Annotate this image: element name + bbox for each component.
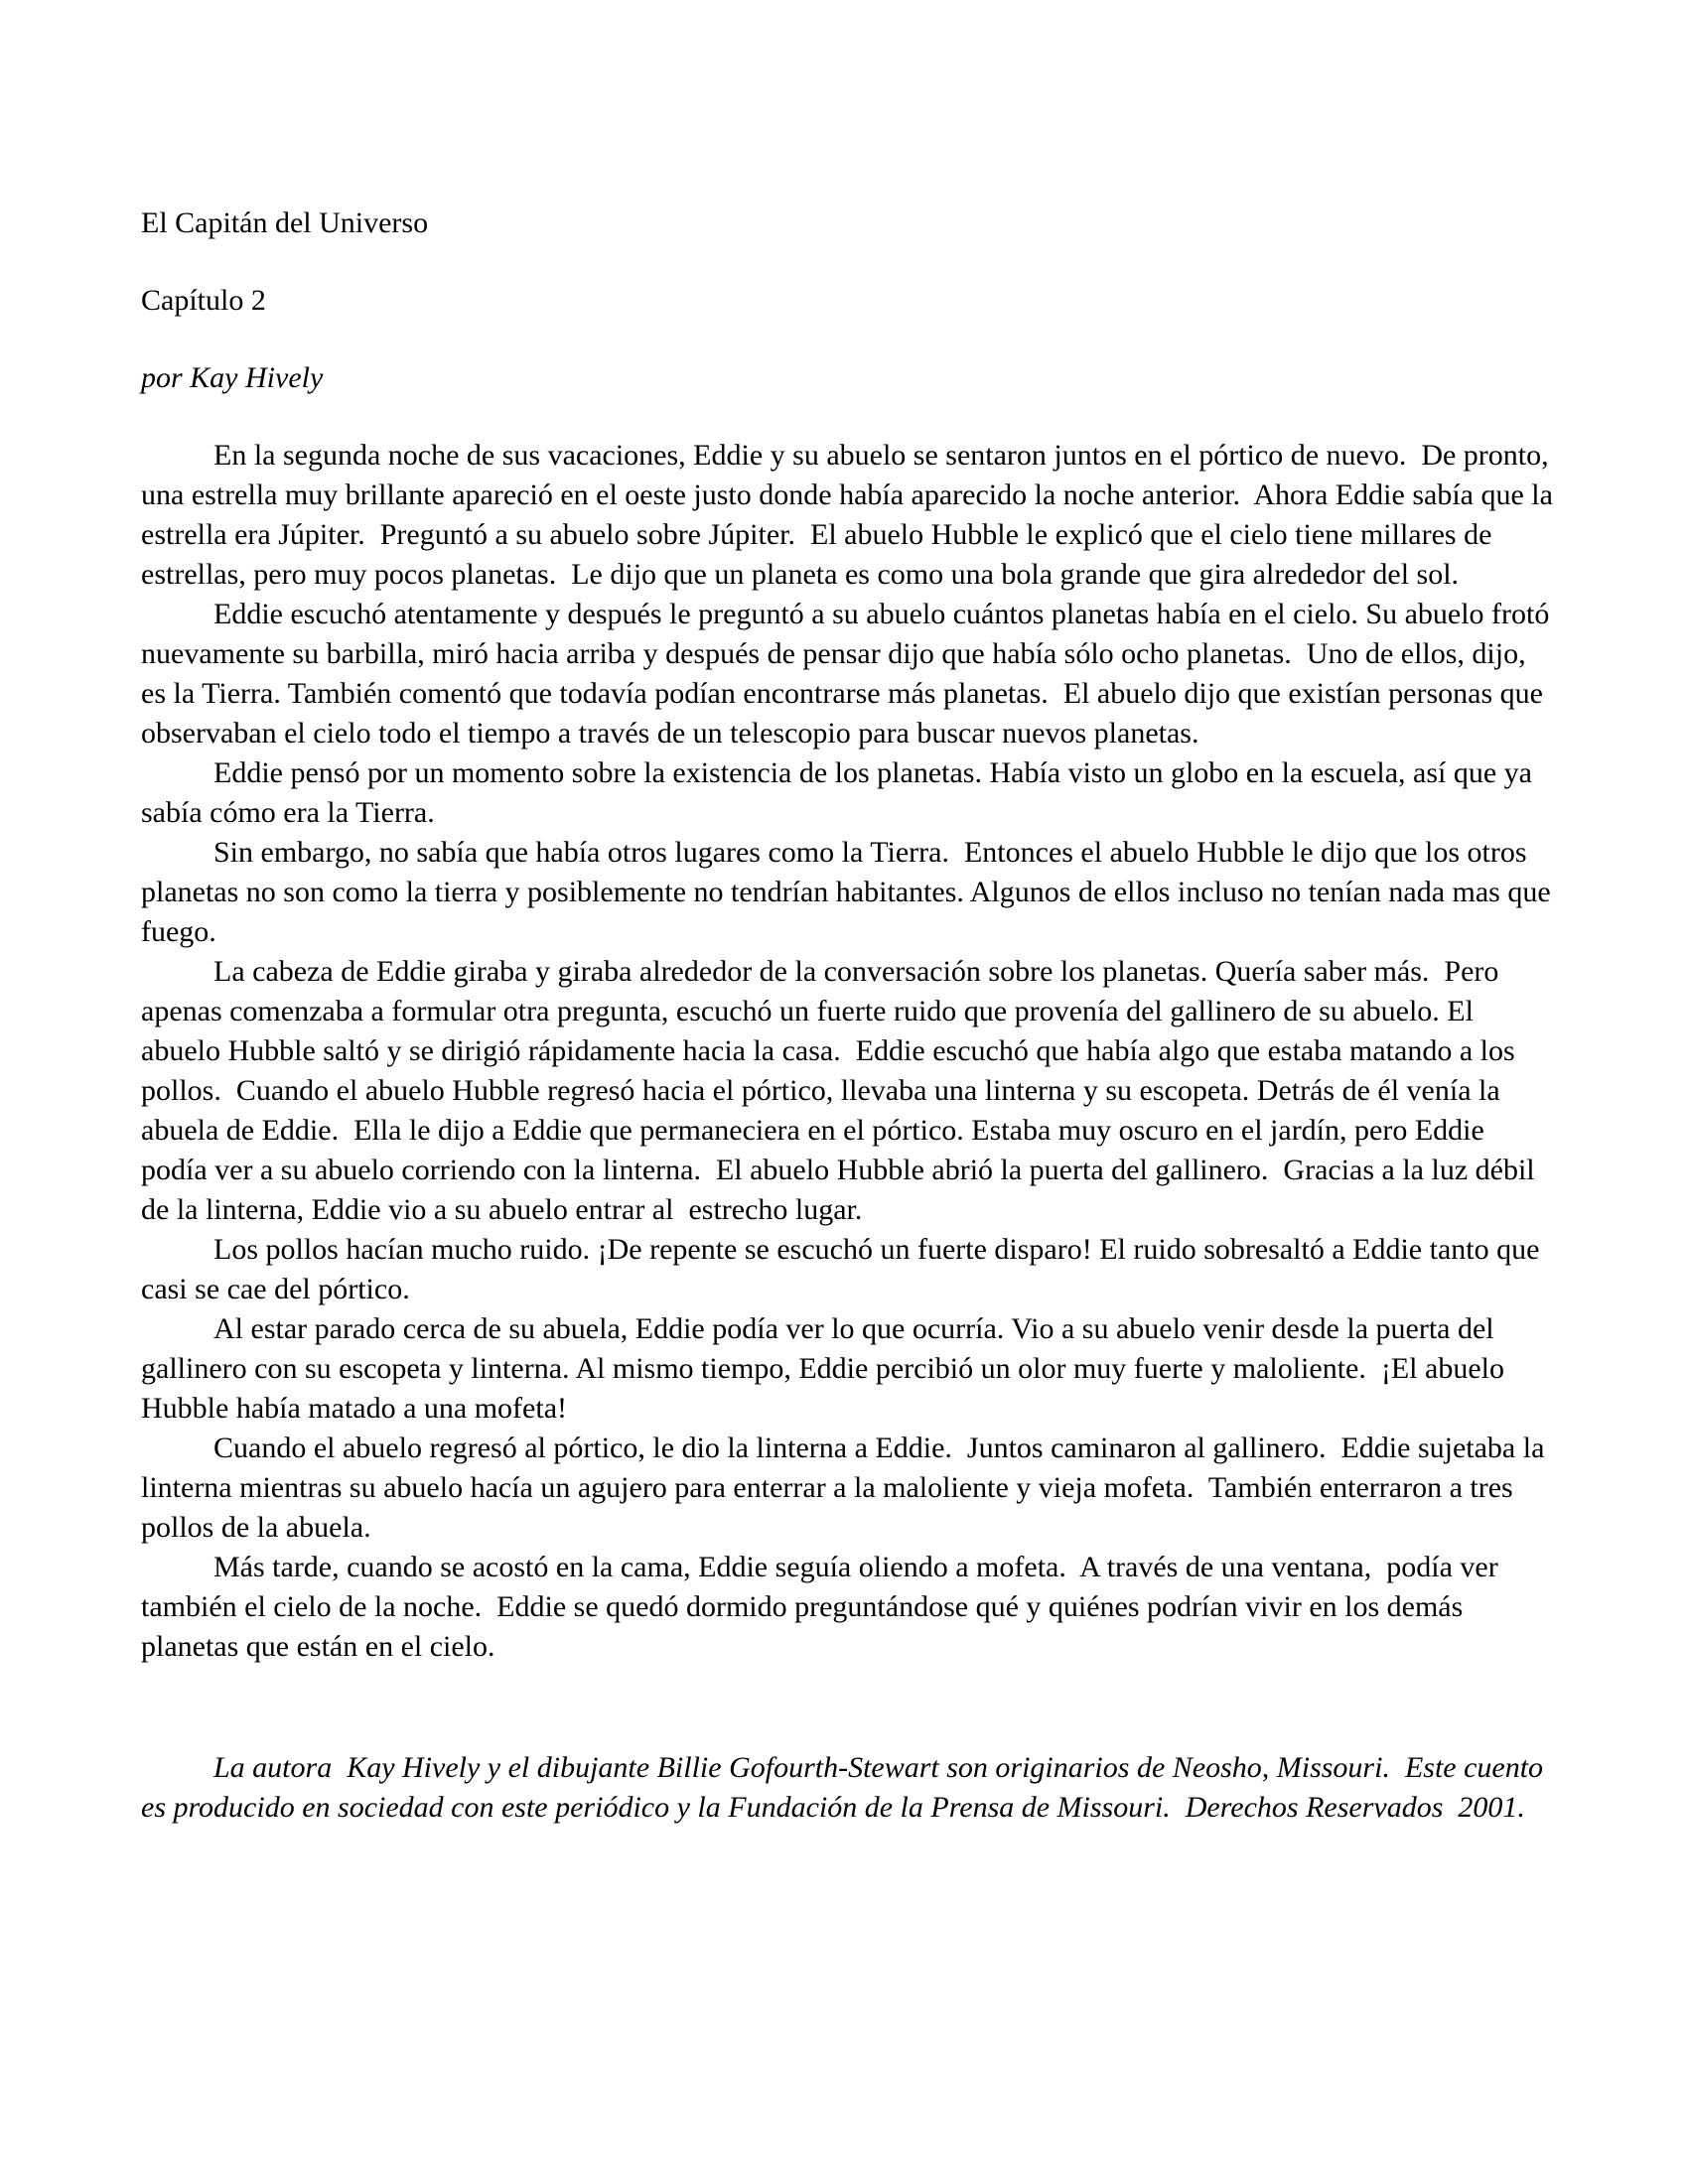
story-title: El Capitán del Universo <box>141 204 1554 243</box>
story-paragraph-2: Eddie escuchó atentamente y después le p… <box>141 595 1554 753</box>
story-paragraph-3: Eddie pensó por un momento sobre la exis… <box>141 753 1554 833</box>
story-paragraph-8: Cuando el abuelo regresó al pórtico, le … <box>141 1429 1554 1548</box>
chapter-heading: Capítulo 2 <box>141 281 1554 321</box>
story-paragraph-4: Sin embargo, no sabía que había otros lu… <box>141 833 1554 952</box>
credit-note: La autora Kay Hively y el dibujante Bill… <box>141 1748 1554 1828</box>
story-paragraph-6: Los pollos hacían mucho ruido. ¡De repen… <box>141 1230 1554 1309</box>
story-paragraph-9: Más tarde, cuando se acostó en la cama, … <box>141 1548 1554 1667</box>
document-page: El Capitán del Universo Capítulo 2 por K… <box>0 0 1688 2184</box>
story-paragraph-5: La cabeza de Eddie giraba y giraba alred… <box>141 952 1554 1230</box>
story-paragraph-7: Al estar parado cerca de su abuela, Eddi… <box>141 1309 1554 1429</box>
story-paragraph-1: En la segunda noche de sus vacaciones, E… <box>141 436 1554 595</box>
byline: por Kay Hively <box>141 358 1554 398</box>
story-body: En la segunda noche de sus vacaciones, E… <box>141 436 1554 1667</box>
